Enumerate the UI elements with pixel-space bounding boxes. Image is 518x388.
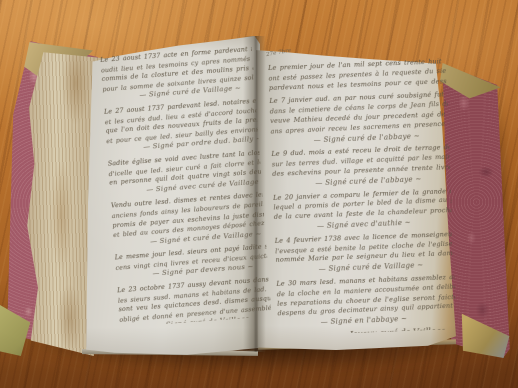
manuscript-paragraph: Sadite église se void avec lustre tant l… (108, 149, 262, 198)
manuscript-paragraph: Le 9 dud. mois a esté receu le droit de … (271, 143, 450, 189)
manuscript-paragraph: Le premier jour de l'an mil sept cens tr… (268, 57, 447, 93)
manuscript-paragraph: Le 30 mars lesd. manans et habitans asse… (276, 273, 456, 329)
photograph-of-manuscript: Le 23 aoust 1737 acte en forme pardevant… (0, 0, 518, 388)
manuscript-paragraph: Le 4 feuvrier 1738 avec la licence de mo… (275, 230, 454, 276)
left-page-text: Le 23 aoust 1737 acte en forme pardevant… (100, 45, 272, 327)
right-page-text: Le premier jour de l'an mil sept cens tr… (268, 57, 456, 336)
manuscript-paragraph: Le 20 janvier a comparu le fermier de la… (273, 187, 452, 233)
manuscript-paragraph: Le 7 janvier aud. an par nous curé soubs… (269, 91, 449, 147)
manuscript-paragraph: Le 23 aoust 1737 acte en forme pardevant… (100, 45, 255, 104)
manuscript-paragraph: Le 27 aoust 1737 pardevant lesd. notaire… (104, 97, 259, 156)
manuscript-paragraph: Vendu outre lesd. dismes et rentes davec… (111, 191, 266, 250)
